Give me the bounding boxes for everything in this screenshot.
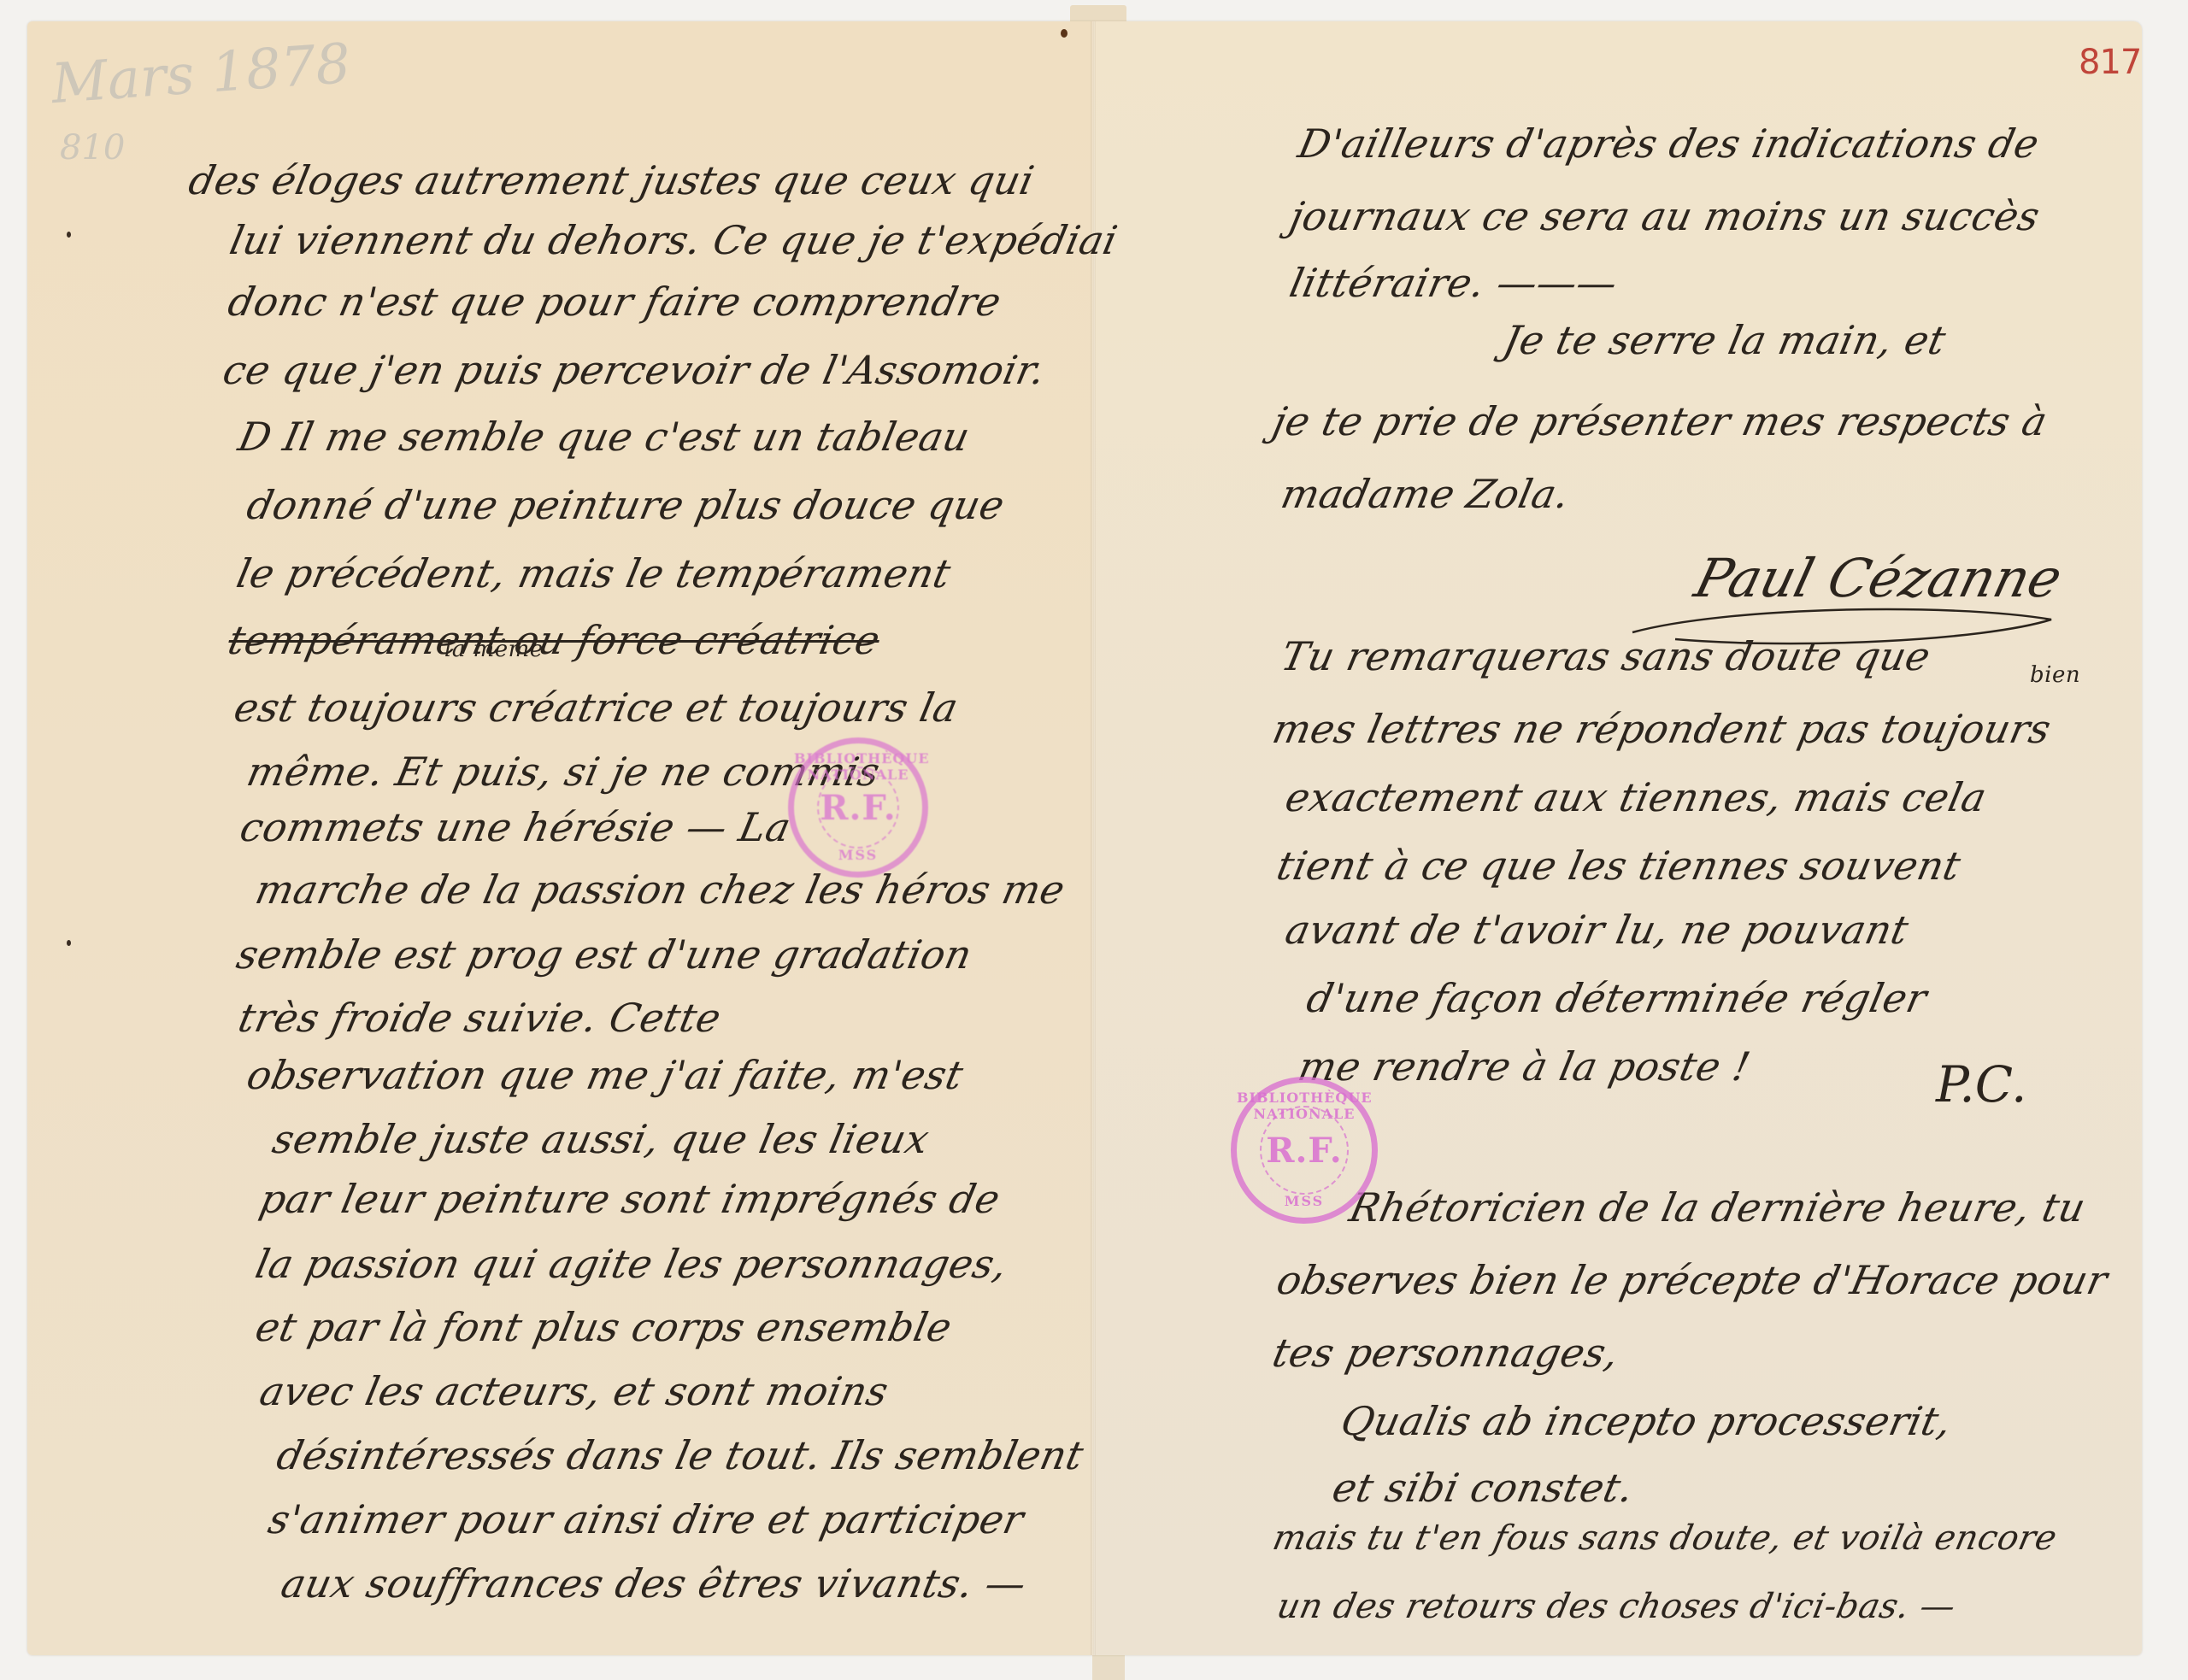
left-line-12: marche de la passion chez les héros me xyxy=(252,870,1068,909)
library-stamp: BIBLIOTHÈQUE NATIONALE R.F. MSS xyxy=(1231,1077,1378,1224)
left-line-22: s'animer pour ainsi dire et participer xyxy=(265,1500,1027,1539)
right-line-1: D'ailleurs d'après des indications de xyxy=(1295,124,2043,163)
left-line-6: donné d'une peinture plus douce que xyxy=(244,485,1008,525)
left-line-10: même. Et puis, si je ne commis xyxy=(244,752,884,791)
right-line-5: je te prie de présenter mes respects à xyxy=(1269,402,2050,441)
ps2-line-2: observes bien le précepte d'Horace pour xyxy=(1273,1260,2111,1300)
left-line-9: est toujours créatrice et toujours la xyxy=(231,688,962,727)
left-line-19: et par là font plus corps ensemble xyxy=(252,1307,956,1347)
interlinear-insertion: bien xyxy=(2030,662,2080,688)
left-line-8: tempérament ou force créatrice xyxy=(225,620,884,660)
left-line-16: semble juste aussi, que les lieux xyxy=(269,1119,932,1159)
left-line-14: très froide suivie. Cette xyxy=(235,998,725,1037)
left-line-20: avec les acteurs, et sont moins xyxy=(256,1372,891,1411)
left-line-5: D Il me semble que c'est un tableau xyxy=(235,417,973,456)
ps-line-2: mes lettres ne répondent pas toujours xyxy=(1269,709,2055,749)
left-line-4: ce que j'en puis percevoir de l'Assomoir… xyxy=(220,350,1049,390)
pencil-number-annotation: 810 xyxy=(60,128,125,167)
left-line-15: observation que me j'ai faite, m'est xyxy=(244,1055,967,1095)
left-line-23: aux souffrances des êtres vivants. — xyxy=(278,1564,1030,1603)
library-stamp: BIBLIOTHÈQUE NATIONALE R.F. MSS xyxy=(788,737,928,878)
left-line-7: le précédent, mais le tempérament xyxy=(233,554,954,593)
ps-line-3: exactement aux tiennes, mais cela xyxy=(1282,778,1990,817)
ps2-line-6: mais tu t'en fous sans doute, et voilà e… xyxy=(1270,1521,2060,1555)
stamp-ring-text: BIBLIOTHÈQUE NATIONALE xyxy=(1237,1090,1372,1122)
stamp-bottom-text: MSS xyxy=(1237,1193,1372,1209)
ps-line-6: d'une façon déterminée régler xyxy=(1303,978,1931,1018)
ps2-line-5: et sibi constet. xyxy=(1329,1468,1638,1507)
page-fold-gutter xyxy=(1091,21,1096,1655)
left-line-2: lui viennent du dehors. Ce que je t'expé… xyxy=(226,220,1120,260)
left-line-17: par leur peinture sont imprégnés de xyxy=(256,1179,1003,1219)
margin-ink-dot xyxy=(67,232,71,238)
stamp-bottom-text: MSS xyxy=(794,847,922,863)
ps2-line-4: Qualis ab incepto processerit, xyxy=(1338,1401,1956,1441)
folio-number: 817 xyxy=(2079,43,2141,82)
left-line-3: donc n'est que pour faire comprendre xyxy=(225,282,1004,321)
left-line-13: semble est prog est d'une gradation xyxy=(233,935,975,974)
right-line-6: madame Zola. xyxy=(1278,474,1573,514)
left-line-21: désintéressés dans le tout. Ils semblent xyxy=(273,1436,1087,1475)
ps-line-4: tient à ce que les tiennes souvent xyxy=(1273,846,1964,885)
initials: P.C. xyxy=(1936,1055,2026,1113)
binding-tab-bottom xyxy=(1092,1654,1125,1680)
left-line-11: commets une hérésie — La xyxy=(237,808,794,847)
ink-blot xyxy=(1061,29,1068,38)
left-line-1: des éloges autrement justes que ceux qui xyxy=(185,161,1038,200)
left-line-18: la passion qui agite les personnages, xyxy=(252,1244,1011,1283)
ps2-line-1: Rhétoricien de la dernière heure, tu xyxy=(1346,1188,2089,1227)
right-line-4: Je te serre la main, et xyxy=(1500,320,1950,360)
right-line-2: journaux ce sera au moins un succès xyxy=(1286,197,2044,236)
ps2-line-7: un des retours des choses d'ici-bas. — xyxy=(1274,1589,1959,1624)
ps-line-7: me rendre à la poste ! xyxy=(1295,1047,1754,1086)
ps-line-5: avant de t'avoir lu, ne pouvant xyxy=(1282,910,1912,949)
ps-line-1: Tu remarqueras sans doute que xyxy=(1278,637,1934,676)
margin-ink-dot xyxy=(67,940,71,946)
stamp-ring-text: BIBLIOTHÈQUE NATIONALE xyxy=(794,750,922,783)
ps2-line-3: tes personnages, xyxy=(1269,1333,1622,1372)
right-line-3: littéraire. ——— xyxy=(1286,263,1620,303)
interlinear-insertion: la même xyxy=(444,637,544,662)
